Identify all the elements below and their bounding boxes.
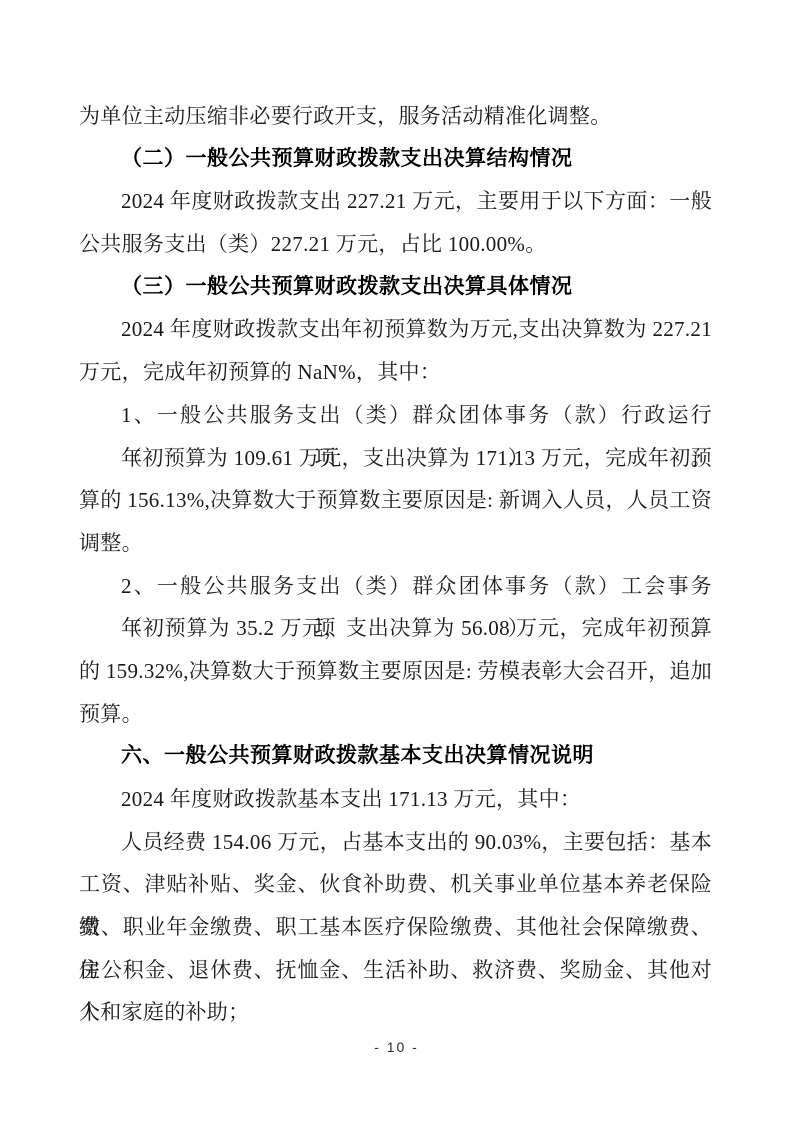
text-line: 人和家庭的补助； bbox=[79, 991, 712, 1034]
text-line: 费、职业年金缴费、职工基本医疗保险缴费、其他社会保障缴费、住 bbox=[79, 906, 712, 949]
text-line: 为单位主动压缩非必要行政开支，服务活动精准化调整。 bbox=[79, 95, 712, 138]
text-line: 2024 年度财政拨款支出 227.21 万元，主要用于以下方面：一般 bbox=[79, 180, 712, 223]
heading-line: （三）一般公共预算财政拨款支出决算具体情况 bbox=[79, 266, 712, 309]
text-line: 调整。 bbox=[79, 522, 712, 565]
text-line: 2、一般公共服务支出（类）群众团体事务（款）工会事务（项）。 bbox=[79, 565, 712, 608]
text-line: 公共服务支出（类）227.21 万元，占比 100.00%。 bbox=[79, 223, 712, 266]
text-line: 年初预算为 109.61 万元，支出决算为 171.13 万元，完成年初预 bbox=[79, 437, 712, 480]
heading-line: （二）一般公共预算财政拨款支出决算结构情况 bbox=[79, 138, 712, 181]
document-page: 为单位主动压缩非必要行政开支，服务活动精准化调整。（二）一般公共预算财政拨款支出… bbox=[0, 0, 793, 1122]
text-line: 工资、津贴补贴、奖金、伙食补助费、机关事业单位基本养老保险缴 bbox=[79, 863, 712, 906]
text-line: 1、一般公共服务支出（类）群众团体事务（款）行政运行（项）。 bbox=[79, 394, 712, 437]
heading-line: 六、一般公共预算财政拨款基本支出决算情况说明 bbox=[79, 735, 712, 778]
text-line: 的 159.32%,决算数大于预算数主要原因是: 劳模表彰大会召开，追加 bbox=[79, 650, 712, 693]
page-number: - 10 - bbox=[0, 1036, 793, 1058]
text-line: 预算。 bbox=[79, 693, 712, 736]
text-line: 万元，完成年初预算的 NaN%，其中： bbox=[79, 351, 712, 394]
text-line: 算的 156.13%,决算数大于预算数主要原因是: 新调入人员，人员工资 bbox=[79, 479, 712, 522]
text-line: 年初预算为 35.2 万元，支出决算为 56.08 万元，完成年初预算 bbox=[79, 607, 712, 650]
document-lines: 为单位主动压缩非必要行政开支，服务活动精准化调整。（二）一般公共预算财政拨款支出… bbox=[79, 95, 712, 1034]
text-line: 房公积金、退休费、抚恤金、生活补助、救济费、奖励金、其他对个 bbox=[79, 949, 712, 992]
text-line: 2024 年度财政拨款支出年初预算数为万元,支出决算数为 227.21 bbox=[79, 308, 712, 351]
text-line: 人员经费 154.06 万元，占基本支出的 90.03%，主要包括：基本 bbox=[79, 821, 712, 864]
text-line: 2024 年度财政拨款基本支出 171.13 万元，其中： bbox=[79, 778, 712, 821]
